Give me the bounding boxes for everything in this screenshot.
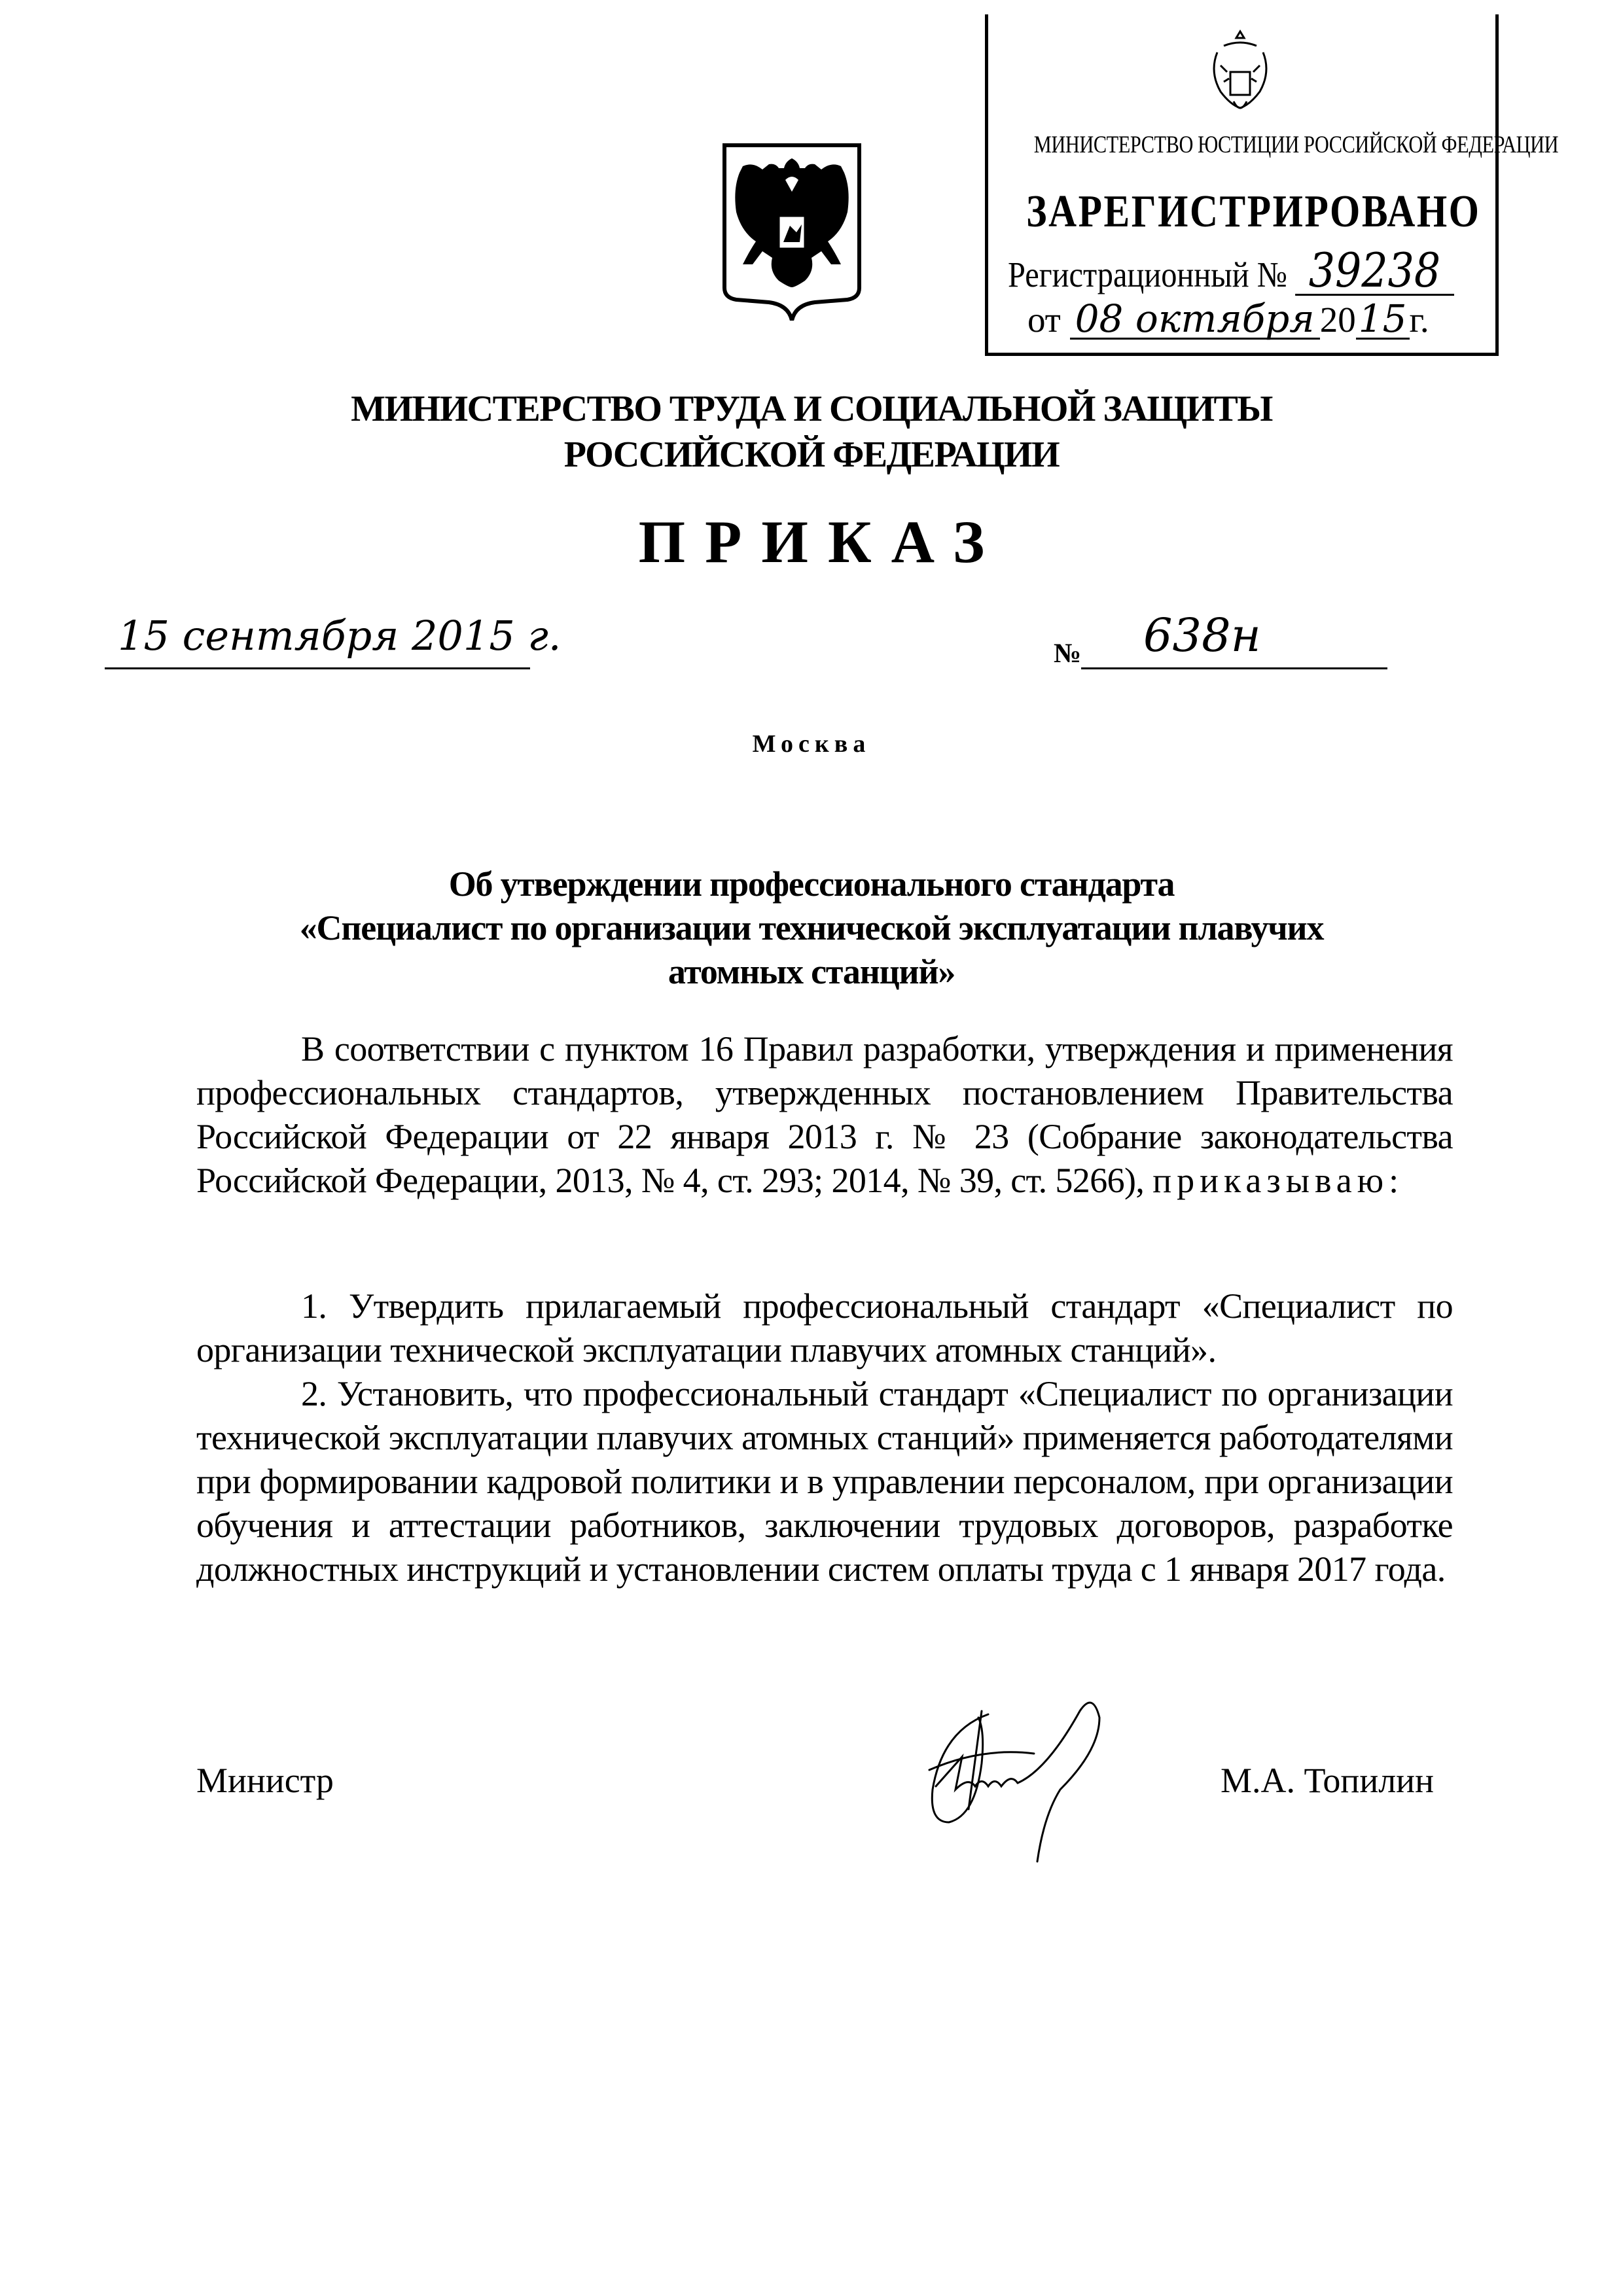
subject-line3: атомных станций»: [0, 950, 1623, 994]
order-date-field: 15 сентября 2015 г.: [105, 612, 530, 669]
stamp-date-suffix: г.: [1410, 300, 1429, 340]
order-items: 1. Утвердить прилагаемый профессиональны…: [196, 1284, 1453, 1591]
stamp-status: ЗАРЕГИСТРИРОВАНО: [1026, 186, 1457, 238]
registration-stamp: МИНИСТЕРСТВО ЮСТИЦИИ РОССИЙСКОЙ ФЕДЕРАЦИ…: [985, 14, 1499, 356]
preamble-paragraph: В соответствии с пунктом 16 Правил разра…: [196, 1027, 1453, 1203]
stamp-ministry-name: МИНИСТЕРСТВО ЮСТИЦИИ РОССИЙСКОЙ ФЕДЕРАЦИ…: [1034, 131, 1450, 159]
stamp-year-suffix: 15: [1356, 300, 1410, 340]
russian-coat-of-arms-icon: [710, 131, 874, 321]
signer-name: М.А. Топилин: [1221, 1760, 1434, 1801]
ministry-title-line1: МИНИСТЕРСТВО ТРУДА И СОЦИАЛЬНОЙ ЗАЩИТЫ: [0, 386, 1623, 432]
stamp-year-prefix: 20: [1320, 300, 1356, 340]
order-word: приказываю:: [1152, 1161, 1404, 1200]
ministry-title: МИНИСТЕРСТВО ТРУДА И СОЦИАЛЬНОЙ ЗАЩИТЫ Р…: [0, 386, 1623, 478]
subject-line1: Об утверждении профессионального стандар…: [0, 862, 1623, 906]
russian-coat-of-arms-icon: [1204, 26, 1276, 131]
order-date-handwritten: 15 сентября 2015 г.: [118, 612, 562, 660]
stamp-reg-number: 39238: [1295, 247, 1454, 296]
stamp-date-day: 08: [1075, 296, 1124, 341]
signer-role: Министр: [196, 1760, 334, 1801]
order-item-2: 2. Установить, что профессиональный стан…: [196, 1372, 1453, 1591]
stamp-reg-label: Регистрационный №: [1008, 255, 1287, 294]
city-label: Москва: [0, 730, 1623, 758]
document-type-title: ПРИКАЗ: [0, 507, 1623, 576]
stamp-date-handwritten: 08 октября: [1070, 300, 1320, 340]
subject-line2: «Специалист по организации технической э…: [0, 906, 1623, 950]
handwritten-signature-icon: [903, 1691, 1204, 1875]
stamp-date-row: от 08 октября2015г.: [1027, 299, 1429, 340]
order-number-label: №: [1054, 638, 1081, 669]
order-item-1: 1. Утвердить прилагаемый профессиональны…: [196, 1284, 1453, 1372]
stamp-date-month: октября: [1135, 296, 1315, 341]
order-number-handwritten: 638н: [1143, 609, 1261, 662]
ministry-title-line2: РОССИЙСКОЙ ФЕДЕРАЦИИ: [0, 432, 1623, 478]
stamp-date-prefix: от: [1027, 300, 1061, 340]
order-subject: Об утверждении профессионального стандар…: [0, 862, 1623, 994]
order-number-field: 638н: [1081, 612, 1387, 669]
stamp-registration-number-row: Регистрационный № 39238: [1008, 247, 1454, 296]
